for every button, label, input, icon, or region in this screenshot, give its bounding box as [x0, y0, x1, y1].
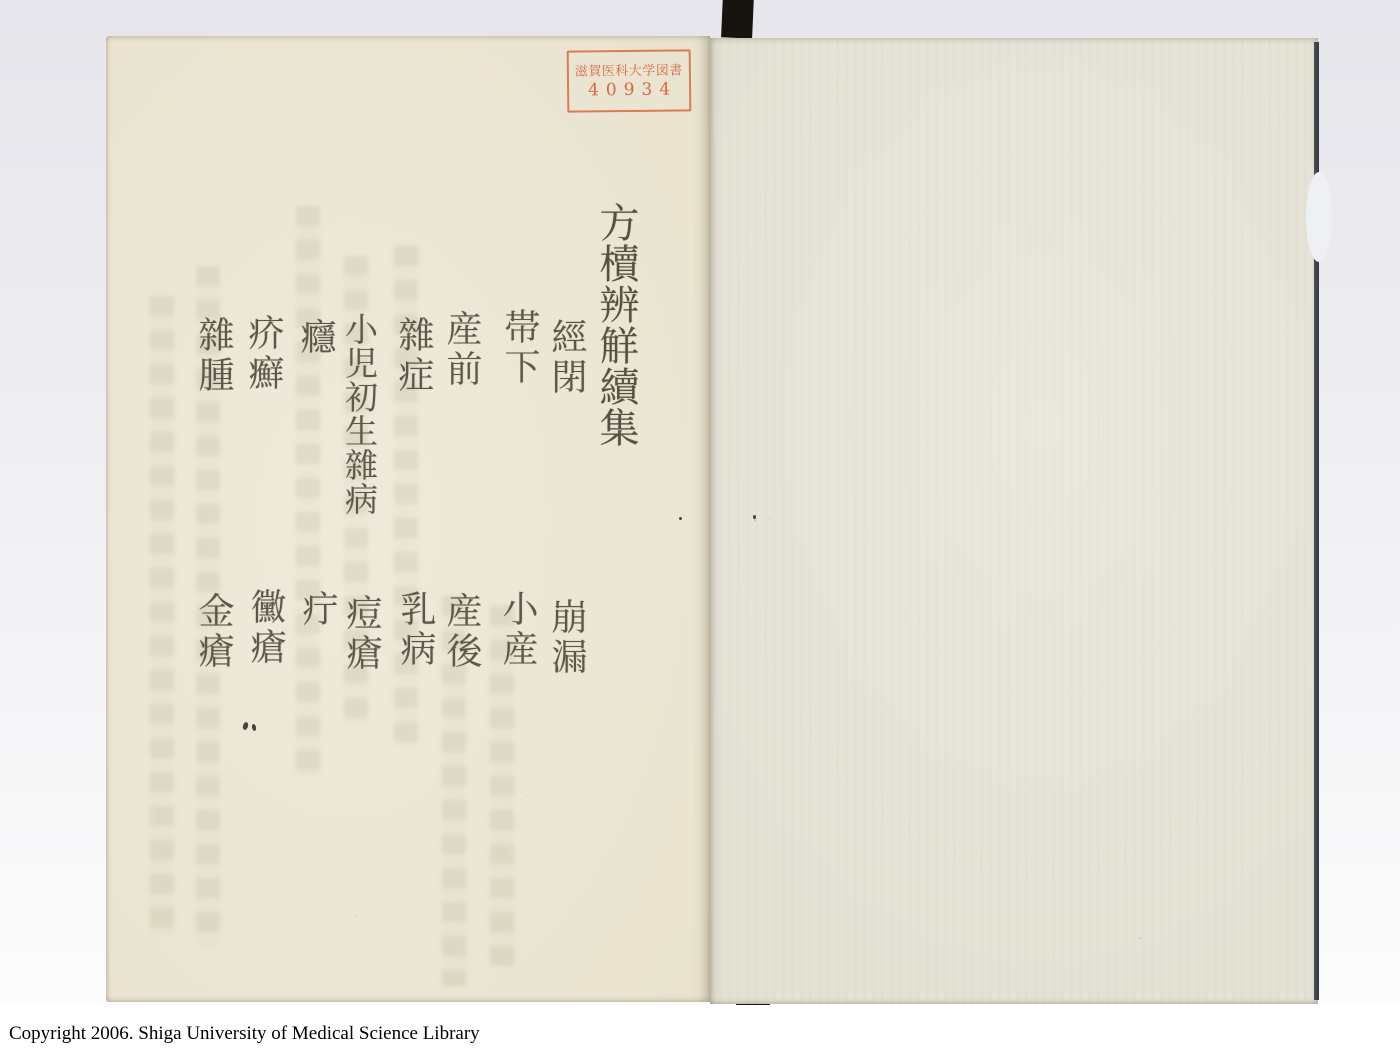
- toc-entry: 雜腫: [188, 316, 239, 396]
- caption-strip: Copyright 2006. Shiga University of Medi…: [0, 1005, 1400, 1054]
- copyright-text: Copyright 2006. Shiga University of Medi…: [9, 1023, 480, 1045]
- page-edge-notch: [1306, 172, 1332, 262]
- manuscript-title: 方櫝辨觧續集: [588, 202, 645, 448]
- toc-entry: 疥癬: [238, 314, 289, 394]
- stamp-institution: 滋賀医科大学図書: [575, 62, 683, 80]
- toc-entry: 疔: [292, 590, 343, 630]
- toc-entry: 帯下: [494, 308, 545, 388]
- right-page: [710, 38, 1318, 1004]
- toc-entry: 産前: [436, 310, 487, 390]
- toc-entry: 乳病: [390, 590, 441, 670]
- toc-entry: 癮: [290, 318, 341, 358]
- photo-backdrop: 滋賀医科大学図書 40934 方櫝辨觧續集 經閉 帯下 産前 雜症 小児初生雜病…: [0, 0, 1400, 1054]
- stamp-accession-number: 40934: [581, 79, 677, 100]
- toc-entry: 崩漏: [541, 598, 592, 678]
- showthrough-smudge: [296, 206, 320, 776]
- toc-entry: 黴瘡: [240, 588, 291, 668]
- toc-entry: 金瘡: [188, 592, 239, 672]
- toc-entry: 雜症: [388, 316, 439, 396]
- left-page: [106, 36, 710, 1002]
- ink-mark: [679, 517, 682, 520]
- library-stamp: 滋賀医科大学図書 40934: [567, 49, 692, 112]
- toc-entry: 小産: [492, 590, 543, 670]
- showthrough-smudge: [150, 296, 174, 936]
- toc-entry: 小児初生雜病: [336, 312, 383, 516]
- ink-mark: [753, 515, 756, 519]
- toc-entry: 經閉: [541, 318, 592, 398]
- binding-strap-top: [721, 0, 754, 39]
- toc-entry: 痘瘡: [336, 594, 387, 674]
- toc-entry: 産後: [436, 592, 487, 672]
